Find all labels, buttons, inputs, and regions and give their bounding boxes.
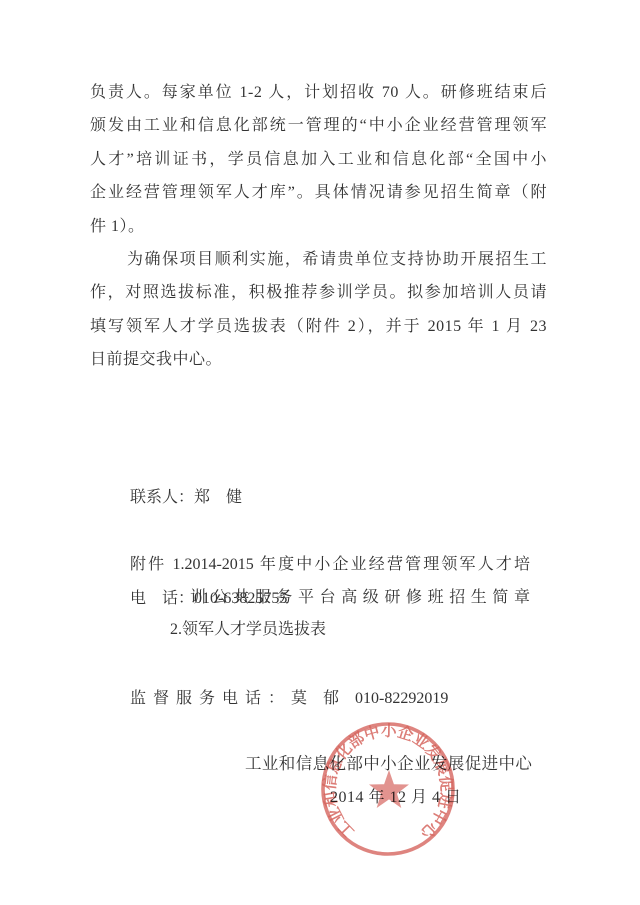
- supervision-phone-label: 监督服务电话：: [130, 690, 291, 707]
- para1-line: 件 1）。: [90, 210, 547, 243]
- contact-person-label: 联系人：: [130, 489, 194, 506]
- attachment-item-2: 2.领军人才学员选拔表: [130, 614, 530, 647]
- contact-person-row: 联系人：郑 健: [130, 481, 448, 515]
- supervision-phone-row: 监督服务电话：莫 郁 010-82292019: [130, 682, 448, 716]
- para1-line: 人才”培训证书，学员信息加入工业和信息化部“全国中小: [90, 143, 547, 176]
- body-text: 负责人。每家单位 1-2 人，计划招收 70 人。研修班结束后 颁发由工业和信息…: [90, 76, 547, 377]
- para1-line: 企业经营管理领军人才库”。具体情况请参见招生简章（附: [90, 176, 547, 209]
- para1-line: 颁发由工业和信息化部统一管理的“中小企业经营管理领军: [90, 109, 547, 142]
- attachment-item-1-line-1: 附件 1.2014-2015 年度中小企业经营管理领军人才培: [130, 549, 530, 582]
- para2-line: 日前提交我中心。: [90, 343, 547, 376]
- signature-date: 2014 年 12 月 4 日: [330, 788, 462, 808]
- para2-line: 填写领军人才学员选拔表（附件 2），并于 2015 年 1 月 23: [90, 310, 547, 343]
- document-page: 负责人。每家单位 1-2 人，计划招收 70 人。研修班结束后 颁发由工业和信息…: [0, 0, 640, 905]
- para2-line: 为确保项目顺利实施，希请贵单位支持协助开展招生工: [90, 243, 547, 276]
- para2-line: 作，对照选拔标准，积极推荐参训学员。拟参加培训人员请: [90, 276, 547, 309]
- supervision-phone-value: 莫 郁 010-82292019: [291, 690, 448, 707]
- attachments-block: 附件 1.2014-2015 年度中小企业经营管理领军人才培 训公共服务平台高级…: [130, 549, 530, 647]
- signature-organization: 工业和信息化部中小企业发展促进中心: [245, 753, 532, 774]
- para1-line: 负责人。每家单位 1-2 人，计划招收 70 人。研修班结束后: [90, 76, 547, 109]
- contact-person-value: 郑 健: [194, 489, 242, 506]
- attachment-item-1-line-2: 训公共服务平台高级研修班招生简章: [130, 582, 530, 615]
